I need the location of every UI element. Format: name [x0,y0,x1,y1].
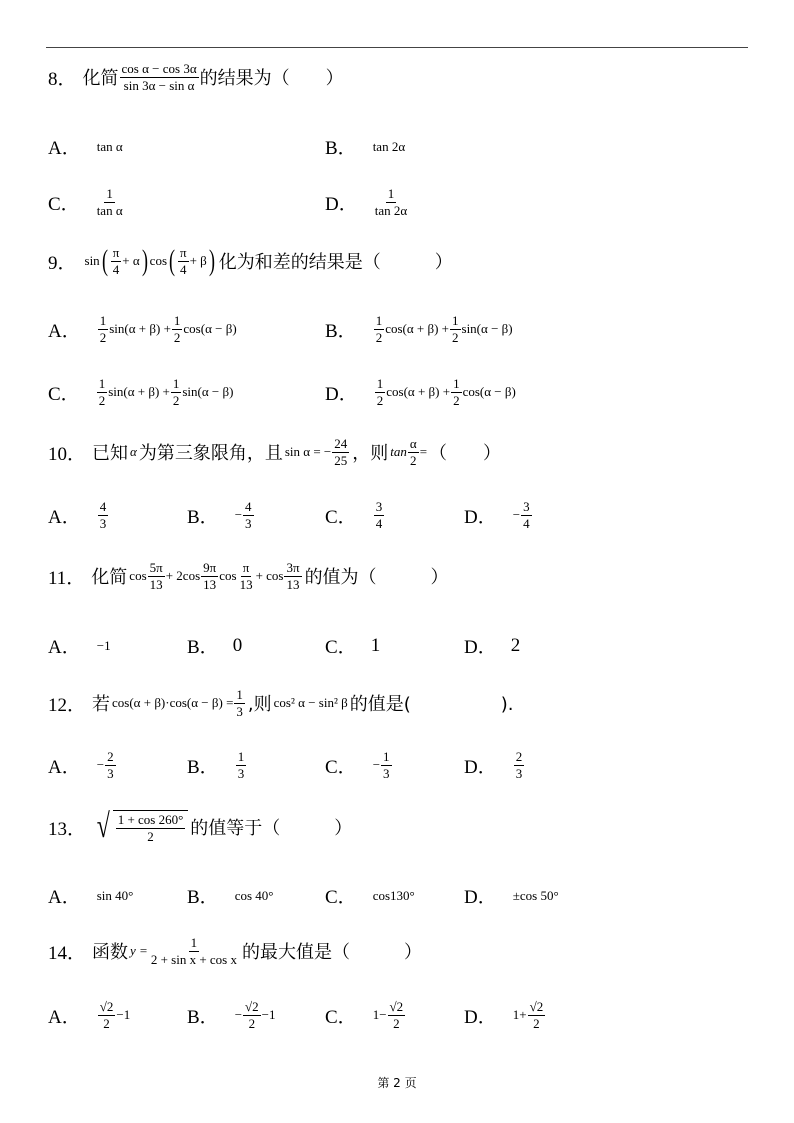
option-10d[interactable]: D． −34 [464,500,535,530]
header-rule [46,47,748,48]
option-10c[interactable]: C． 34 [325,500,387,530]
question-10: 10． 已知 α 为第三象限角，且 sin α = − 2425 ，则 tan … [48,437,501,467]
question-14: 14． 函数 y = 12 + sin x + cos x 的最大值是（ ） [48,936,422,966]
option-8c[interactable]: C． 1 tan α [48,187,126,217]
question-12: 12． 若 cos(α + β)·cos(α − β) = 13 ,则 cos²… [48,688,514,718]
option-14d[interactable]: D． 1+√22 [464,1000,548,1030]
option-12a[interactable]: A． −23 [48,750,119,780]
question-13: 13． √ 1 + cos 260°2 的值等于（ ） [48,810,352,844]
option-8a[interactable]: A． tan α [48,133,125,160]
page-footer: 第 2 页 [0,1074,794,1091]
option-14b[interactable]: B． −√22−1 [187,1000,278,1030]
option-9c[interactable]: C． 12 sin(α + β) + 12 sin(α − β) [48,377,235,407]
option-12b[interactable]: B． 13 [187,750,249,780]
question-11: 11． 化简 cos5π13 + 2cos9π13 cosπ13 + cos3π… [48,561,449,591]
option-11c[interactable]: C． 1 [325,632,380,659]
question-fraction: cos α − cos 3α sin 3α − sin α [120,62,199,92]
option-11b[interactable]: B． 0 [187,632,242,659]
question-8: 8． 化简 cos α − cos 3α sin 3α − sin α 的结果为… [48,62,344,92]
question-suffix: 的结果为（ ） [200,64,344,90]
option-13a[interactable]: A． sin 40° [48,882,135,909]
option-8d[interactable]: D． 1 tan 2α [325,187,410,217]
question-prefix: 化简 [83,64,119,90]
option-11a[interactable]: A． −1 [48,632,113,659]
question-number: 8． [48,64,77,91]
option-13c[interactable]: C． cos130° [325,882,417,909]
option-11d[interactable]: D． 2 [464,632,520,659]
option-14a[interactable]: A． √22−1 [48,1000,132,1030]
question-9: 9． sin ( π4 + α ) cos ( π4 + β ) 化为和差的结果… [48,246,453,276]
option-10a[interactable]: A． 43 [48,500,111,530]
option-9b[interactable]: B． 12 cos(α + β) + 12 sin(α − β) [325,314,515,344]
option-13b[interactable]: B． cos 40° [187,882,275,909]
option-12d[interactable]: D． 23 [464,750,527,780]
option-10b[interactable]: B． −43 [187,500,257,530]
option-13d[interactable]: D． ±cos 50° [464,882,561,909]
sqrt-expression: √ 1 + cos 260°2 [94,810,188,844]
question-expression: sin ( π4 + α ) cos ( π4 + β ) [85,246,217,276]
option-9d[interactable]: D． 12 cos(α + β) + 12 cos(α − β) [325,377,518,407]
option-9a[interactable]: A． 12 sin(α + β) + 12 cos(α − β) [48,314,239,344]
option-12c[interactable]: C． −13 [325,750,395,780]
option-8b[interactable]: B． tan 2α [325,133,407,160]
option-14c[interactable]: C． 1−√22 [325,1000,408,1030]
